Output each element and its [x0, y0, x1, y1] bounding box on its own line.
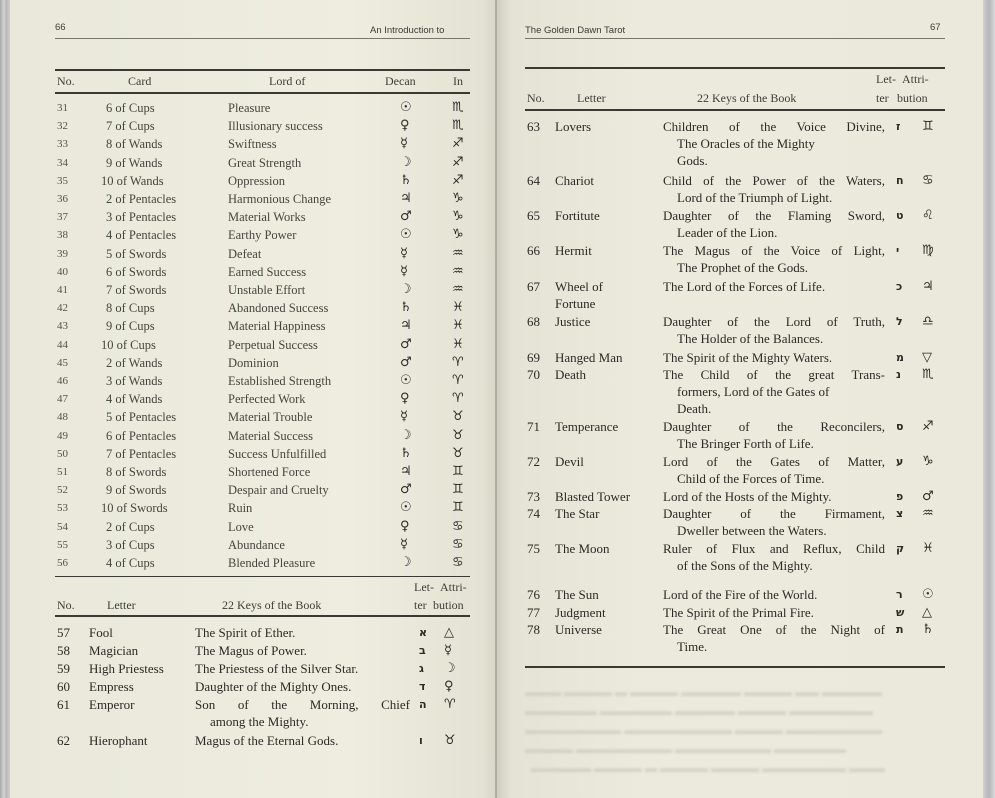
lord-of: Dominion [228, 354, 279, 372]
row-number: 49 [57, 427, 68, 445]
decan-planet-icon: ♀ [400, 390, 410, 408]
key-name: Magician [89, 642, 138, 659]
key-name: Wheel of [555, 278, 603, 295]
row-number: 67 [527, 278, 540, 295]
table-row: 452 of WandsDominion♂♈ [55, 354, 470, 372]
lord-of: Great Strength [228, 154, 301, 172]
key-title: Children of the Voice Divine, [663, 118, 885, 135]
table-row: 316 of CupsPleasure☉♏ [55, 99, 470, 117]
row-number: 51 [57, 463, 68, 481]
table-row: 384 of PentaclesEarthy Power☉♑ [55, 226, 470, 244]
key-title: Daughter of the Lord of Truth, [663, 313, 885, 330]
key-name: Judgment [555, 604, 606, 621]
table-row: 61EmperorSon of the Morning, Chiefamong … [55, 696, 470, 730]
key-name: Empress [89, 678, 134, 695]
attribution-symbol-icon: ♂ [922, 488, 934, 505]
table-row: 395 of SwordsDefeat☿♒ [55, 245, 470, 263]
lord-of: Ruin [228, 499, 252, 517]
attribution-symbol-icon: ♄ [922, 621, 934, 638]
card-name: 5 of Swords [106, 245, 166, 263]
card-name: 2 of Wands [106, 354, 162, 372]
table-row: 362 of PentaclesHarmonious Change♃♑ [55, 190, 470, 208]
key-title-cont: The Bringer Forth of Life. [677, 435, 814, 452]
card-name: 3 of Wands [106, 372, 162, 390]
decan-planet-icon: ♂ [400, 354, 412, 372]
col-header-attr-2: bution [897, 91, 928, 106]
table-row: 59High PriestessThe Priestess of the Sil… [55, 660, 470, 677]
key-title: Ruler of Flux and Reflux, Child [663, 540, 885, 557]
decan-planet-icon: ☽ [400, 281, 412, 299]
table-row: 564 of CupsBlended Pleasure☽♋ [55, 554, 470, 572]
key-name: The Moon [555, 540, 610, 557]
lord-of: Oppression [228, 172, 285, 190]
zodiac-sign-icon: ♉ [452, 445, 464, 463]
zodiac-sign-icon: ♋ [452, 536, 464, 554]
row-number: 50 [57, 445, 68, 463]
table-row: 58MagicianThe Magus of Power.ב☿ [55, 642, 470, 659]
key-title: Daughter of the Firmament, [663, 505, 885, 522]
key-name: Emperor [89, 696, 134, 713]
key-title: The Spirit of the Mighty Waters. [663, 349, 832, 366]
row-number: 59 [57, 660, 70, 677]
lord-of: Material Works [228, 208, 306, 226]
col-header-keys: 22 Keys of the Book [697, 91, 796, 106]
col-header-letter: Letter [577, 91, 606, 106]
card-name: 7 of Swords [106, 281, 166, 299]
col-header-let-2: ter [876, 91, 889, 106]
col-header-let-2: ter [414, 598, 427, 613]
hebrew-letter: ד [419, 678, 425, 695]
lord-of: Material Success [228, 427, 313, 445]
row-number: 53 [57, 499, 68, 517]
key-title-cont: The Holder of the Balances. [677, 330, 823, 347]
key-title: Son of the Morning, Chief [195, 696, 410, 713]
col-header-attr-1: Attri- [440, 580, 467, 595]
row-number: 71 [527, 418, 540, 435]
table-row: 57FoolThe Spirit of Ether.א△ [55, 624, 470, 641]
col-header-in: In [453, 74, 463, 89]
zodiac-sign-icon: ♑ [452, 226, 464, 244]
table-bottom-rule [55, 576, 470, 577]
key-name: Lovers [555, 118, 591, 135]
table-row: 428 of CupsAbandoned Success♄♓ [55, 299, 470, 317]
card-name: 9 of Wands [106, 154, 162, 172]
hebrew-letter: כ [896, 278, 902, 295]
table-row: 62HierophantMagus of the Eternal Gods.ו♉ [55, 732, 470, 749]
card-name: 10 of Swords [101, 499, 168, 517]
table-header-rule [55, 92, 470, 94]
lord-of: Defeat [228, 245, 261, 263]
col-header-card: Card [128, 74, 151, 89]
table-top-rule [55, 69, 470, 71]
hebrew-letter: ר [896, 586, 903, 603]
zodiac-sign-icon: ♊ [452, 463, 464, 481]
table-row: 63LoversChildren of the Voice Divine,The… [525, 118, 945, 135]
key-title: The Spirit of Ether. [195, 624, 295, 641]
decan-planet-icon: ♂ [400, 208, 412, 226]
row-number: 73 [527, 488, 540, 505]
attribution-symbol-icon: ♈ [444, 696, 456, 713]
col-header-no: No. [527, 91, 545, 106]
card-name: 6 of Pentacles [106, 427, 176, 445]
table-row: 474 of WandsPerfected Work♀♈ [55, 390, 470, 408]
hebrew-letter: ז [896, 118, 900, 135]
row-number: 58 [57, 642, 70, 659]
lord-of: Abundance [228, 536, 285, 554]
key-name: High Priestess [89, 660, 164, 677]
key-name: Temperance [555, 418, 618, 435]
table-row: 542 of CupsLove♀♋ [55, 518, 470, 536]
key-name: Hierophant [89, 732, 147, 749]
key-name: Universe [555, 621, 602, 638]
right-running-head: The Golden Dawn Tarot [525, 25, 625, 36]
lord-of: Material Trouble [228, 408, 312, 426]
zodiac-sign-icon: ♋ [452, 518, 464, 536]
hebrew-letter: ס [896, 418, 903, 435]
row-number: 60 [57, 678, 70, 695]
decan-planet-icon: ♀ [400, 117, 410, 135]
col-header-attr-2: bution [433, 598, 464, 613]
row-number: 78 [527, 621, 540, 638]
row-number: 31 [57, 99, 68, 117]
table-row: 496 of PentaclesMaterial Success☽♉ [55, 427, 470, 445]
row-number: 46 [57, 372, 68, 390]
attribution-symbol-icon: ♀ [444, 678, 454, 695]
zodiac-sign-icon: ♈ [452, 354, 464, 372]
decan-planet-icon: ♃ [400, 317, 412, 335]
zodiac-sign-icon: ♑ [452, 208, 464, 226]
table-header-rule [525, 109, 945, 111]
card-name: 3 of Cups [106, 536, 155, 554]
key-title: Lord of the Fire of the World. [663, 586, 817, 603]
hebrew-letter: ת [896, 621, 904, 638]
col-header-no: No. [57, 74, 75, 89]
attribution-symbol-icon: ☿ [444, 642, 452, 659]
col-header-let-1: Let- [414, 580, 434, 595]
card-name: 10 of Cups [101, 336, 156, 354]
hebrew-letter: ג [419, 660, 424, 677]
key-title-cont: The Oracles of the Mighty [677, 135, 815, 152]
attribution-symbol-icon: △ [922, 604, 932, 621]
zodiac-sign-icon: ♊ [452, 499, 464, 517]
card-name: 3 of Pentacles [106, 208, 176, 226]
col-header-decan: Decan [385, 74, 416, 89]
hebrew-letter: א [419, 624, 427, 641]
table-row: 77JudgmentThe Spirit of the Primal Fire.… [525, 604, 945, 621]
decan-planet-icon: ☉ [400, 372, 412, 390]
hebrew-letter: ו [419, 732, 423, 749]
attribution-symbol-icon: ☉ [922, 586, 934, 603]
zodiac-sign-icon: ♉ [452, 427, 464, 445]
hebrew-letter: ב [419, 642, 426, 659]
table-row: 3510 of WandsOppression♄♐ [55, 172, 470, 190]
left-running-head: An Introduction to [370, 25, 444, 36]
left-page-number: 66 [55, 22, 66, 33]
lord-of: Earned Success [228, 263, 306, 281]
row-number: 37 [57, 208, 68, 226]
table-row: 72DevilLord of the Gates of Matter,Child… [525, 453, 945, 470]
key-title-cont: of the Sons of the Mighty. [677, 557, 813, 574]
row-number: 34 [57, 154, 68, 172]
lord-of: Despair and Cruelty [228, 481, 329, 499]
zodiac-sign-icon: ♏ [452, 99, 464, 117]
decan-planet-icon: ♀ [400, 518, 410, 536]
row-number: 57 [57, 624, 70, 641]
decan-planet-icon: ☿ [400, 135, 408, 153]
decan-planet-icon: ☿ [400, 245, 408, 263]
key-title-cont2: Gods. [677, 152, 708, 169]
card-name: 5 of Pentacles [106, 408, 176, 426]
card-name: 4 of Pentacles [106, 226, 176, 244]
row-number: 48 [57, 408, 68, 426]
lord-of: Established Strength [228, 372, 331, 390]
card-name: 8 of Cups [106, 299, 155, 317]
attribution-symbol-icon: ☽ [444, 660, 456, 677]
lord-of: Shortened Force [228, 463, 310, 481]
row-number: 52 [57, 481, 68, 499]
key-name: Fool [89, 624, 113, 641]
table-row: 78UniverseThe Great One of the Night ofT… [525, 621, 945, 638]
decan-planet-icon: ♃ [400, 190, 412, 208]
row-number: 45 [57, 354, 68, 372]
row-number: 40 [57, 263, 68, 281]
col-header-let-1: Let- [876, 72, 896, 87]
hebrew-letter: ט [896, 207, 903, 224]
table-row: 74The StarDaughter of the Firmament,Dwel… [525, 505, 945, 522]
key-title: Daughter of the Reconcilers, [663, 418, 885, 435]
table-row: 349 of WandsGreat Strength☽♐ [55, 154, 470, 172]
row-number: 74 [527, 505, 540, 522]
row-number: 72 [527, 453, 540, 470]
card-name: 10 of Wands [101, 172, 164, 190]
key-title: Lord of the Gates of Matter, [663, 453, 885, 470]
hebrew-letter: ע [896, 453, 903, 470]
key-title: The Lord of the Forces of Life. [663, 278, 825, 295]
hebrew-letter: ל [896, 313, 903, 330]
table-top-rule [525, 67, 945, 69]
key-title-cont: Time. [677, 638, 707, 655]
attribution-symbol-icon: ♍ [922, 242, 934, 259]
table-row: 73Blasted TowerLord of the Hosts of the … [525, 488, 945, 505]
table-row: 518 of SwordsShortened Force♃♊ [55, 463, 470, 481]
decan-planet-icon: ♃ [400, 463, 412, 481]
decan-planet-icon: ♄ [400, 172, 412, 190]
key-name: Chariot [555, 172, 594, 189]
row-number: 35 [57, 172, 68, 190]
key-title: The Priestess of the Silver Star. [195, 660, 358, 677]
decan-planet-icon: ♂ [400, 481, 412, 499]
decan-planet-icon: ☽ [400, 154, 412, 172]
hebrew-letter: צ [896, 505, 903, 522]
col-header-letter: Letter [107, 598, 136, 613]
right-page-number: 67 [930, 22, 941, 33]
attribution-symbol-icon: ♐ [922, 418, 934, 435]
table-row: 66HermitThe Magus of the Voice of Light,… [525, 242, 945, 259]
lord-of: Perpetual Success [228, 336, 318, 354]
decan-planet-icon: ♂ [400, 336, 412, 354]
key-name: Fortitute [555, 207, 600, 224]
lord-of: Swiftness [228, 135, 277, 153]
table-row: 5310 of SwordsRuin☉♊ [55, 499, 470, 517]
table-row: 439 of CupsMaterial Happiness♃♓ [55, 317, 470, 335]
hebrew-letter: פ [896, 488, 903, 505]
key-title: The Child of the great Trans- [663, 366, 885, 383]
header-rule [55, 38, 470, 39]
attribution-symbol-icon: ♑ [922, 453, 934, 470]
row-number: 77 [527, 604, 540, 621]
key-title: The Spirit of the Primal Fire. [663, 604, 814, 621]
col-header-lord-of: Lord of [269, 74, 305, 89]
table-row: 338 of WandsSwiftness☿♐ [55, 135, 470, 153]
card-name: 6 of Cups [106, 99, 155, 117]
key-title-cont: The Prophet of the Gods. [677, 259, 808, 276]
key-title-cont2: Death. [677, 400, 711, 417]
attribution-symbol-icon: ▽ [922, 349, 932, 366]
zodiac-sign-icon: ♉ [452, 408, 464, 426]
zodiac-sign-icon: ♑ [452, 190, 464, 208]
table-row: 64ChariotChild of the Power of the Water… [525, 172, 945, 189]
card-name: 9 of Cups [106, 317, 155, 335]
key-title: The Great One of the Night of [663, 621, 885, 638]
table-row: 71TemperanceDaughter of the Reconcilers,… [525, 418, 945, 435]
table-row: 327 of CupsIllusionary success♀♏ [55, 117, 470, 135]
zodiac-sign-icon: ♒ [452, 263, 464, 281]
col-header-keys: 22 Keys of the Book [222, 598, 321, 613]
key-title-cont: Lord of the Triumph of Light. [677, 189, 832, 206]
decan-planet-icon: ☉ [400, 99, 412, 117]
col-header-no: No. [57, 598, 75, 613]
card-name: 4 of Cups [106, 554, 155, 572]
zodiac-sign-icon: ♐ [452, 154, 464, 172]
card-name: 8 of Swords [106, 463, 166, 481]
table-row: 65FortituteDaughter of the Flaming Sword… [525, 207, 945, 224]
zodiac-sign-icon: ♊ [452, 481, 464, 499]
attribution-symbol-icon: ♓ [922, 540, 934, 557]
table-row: 60EmpressDaughter of the Mighty Ones.ד♀ [55, 678, 470, 695]
row-number: 43 [57, 317, 68, 335]
zodiac-sign-icon: ♐ [452, 172, 464, 190]
decan-planet-icon: ☿ [400, 263, 408, 281]
hebrew-letter: ש [896, 604, 904, 621]
zodiac-sign-icon: ♈ [452, 372, 464, 390]
table-row: 553 of CupsAbundance☿♋ [55, 536, 470, 554]
viewer-frame-left [0, 0, 10, 798]
key-title: Child of the Power of the Waters, [663, 172, 885, 189]
decan-planet-icon: ☽ [400, 554, 412, 572]
row-number: 42 [57, 299, 68, 317]
key-title: Magus of the Eternal Gods. [195, 732, 338, 749]
row-number: 66 [527, 242, 540, 259]
key-title-cont: Leader of the Lion. [677, 224, 777, 241]
row-number: 64 [527, 172, 540, 189]
hebrew-letter: נ [896, 366, 901, 383]
zodiac-sign-icon: ♒ [452, 281, 464, 299]
lord-of: Harmonious Change [228, 190, 331, 208]
zodiac-sign-icon: ♓ [452, 317, 464, 335]
table-row: 69Hanged ManThe Spirit of the Mighty Wat… [525, 349, 945, 366]
table-row: 75The MoonRuler of Flux and Reflux, Chil… [525, 540, 945, 557]
key-title: Lord of the Hosts of the Mighty. [663, 488, 832, 505]
key-title: Daughter of the Mighty Ones. [195, 678, 351, 695]
table-row: 463 of WandsEstablished Strength☉♈ [55, 372, 470, 390]
lord-of: Unstable Effort [228, 281, 305, 299]
card-name: 2 of Cups [106, 518, 155, 536]
row-number: 33 [57, 135, 68, 153]
hebrew-letter: י [896, 242, 899, 259]
row-number: 62 [57, 732, 70, 749]
lord-of: Pleasure [228, 99, 270, 117]
row-number: 55 [57, 536, 68, 554]
row-number: 65 [527, 207, 540, 224]
table-row: 67Wheel ofFortuneThe Lord of the Forces … [525, 278, 945, 295]
table-row: 373 of PentaclesMaterial Works♂♑ [55, 208, 470, 226]
attribution-symbol-icon: ♊ [922, 118, 934, 135]
decan-planet-icon: ☽ [400, 427, 412, 445]
decan-planet-icon: ☉ [400, 226, 412, 244]
attribution-symbol-icon: ♃ [922, 278, 934, 295]
key-name-cont: Fortune [555, 295, 595, 312]
decan-planet-icon: ☉ [400, 499, 412, 517]
attribution-symbol-icon: △ [444, 624, 454, 641]
table-row: 4410 of CupsPerpetual Success♂♓ [55, 336, 470, 354]
lord-of: Love [228, 518, 254, 536]
key-title-cont: formers, Lord of the Gates of [677, 383, 829, 400]
key-title-cont: Child of the Forces of Time. [677, 470, 824, 487]
table-row: 417 of SwordsUnstable Effort☽♒ [55, 281, 470, 299]
table-bottom-rule [525, 666, 945, 668]
card-name: 7 of Cups [106, 117, 155, 135]
lord-of: Blended Pleasure [228, 554, 315, 572]
key-name: The Star [555, 505, 599, 522]
zodiac-sign-icon: ♐ [452, 135, 464, 153]
key-name: Death [555, 366, 586, 383]
key-name: Blasted Tower [555, 488, 630, 505]
zodiac-sign-icon: ♓ [452, 336, 464, 354]
card-name: 9 of Swords [106, 481, 166, 499]
lord-of: Success Unfulfilled [228, 445, 326, 463]
hebrew-letter: ה [419, 696, 427, 713]
decan-planet-icon: ♄ [400, 299, 412, 317]
table-header-rule [55, 615, 470, 617]
attribution-symbol-icon: ♎ [922, 313, 934, 330]
table-row: 485 of PentaclesMaterial Trouble☿♉ [55, 408, 470, 426]
attribution-symbol-icon: ♋ [922, 172, 934, 189]
row-number: 44 [57, 336, 68, 354]
decan-planet-icon: ☿ [400, 408, 408, 426]
zodiac-sign-icon: ♒ [452, 245, 464, 263]
key-title-cont: among the Mighty. [210, 713, 308, 730]
table-row: 68JusticeDaughter of the Lord of Truth,T… [525, 313, 945, 330]
row-number: 47 [57, 390, 68, 408]
lord-of: Material Happiness [228, 317, 326, 335]
key-name: Hermit [555, 242, 592, 259]
row-number: 54 [57, 518, 68, 536]
table-row: 507 of PentaclesSuccess Unfulfilled♄♉ [55, 445, 470, 463]
header-rule [525, 38, 945, 39]
lord-of: Earthy Power [228, 226, 296, 244]
row-number: 39 [57, 245, 68, 263]
row-number: 56 [57, 554, 68, 572]
zodiac-sign-icon: ♋ [452, 554, 464, 572]
row-number: 69 [527, 349, 540, 366]
attribution-symbol-icon: ♏ [922, 366, 934, 383]
col-header-attr-1: Attri- [902, 72, 929, 87]
hebrew-letter: ח [896, 172, 904, 189]
row-number: 68 [527, 313, 540, 330]
key-title: Daughter of the Flaming Sword, [663, 207, 885, 224]
key-name: The Sun [555, 586, 599, 603]
zodiac-sign-icon: ♏ [452, 117, 464, 135]
